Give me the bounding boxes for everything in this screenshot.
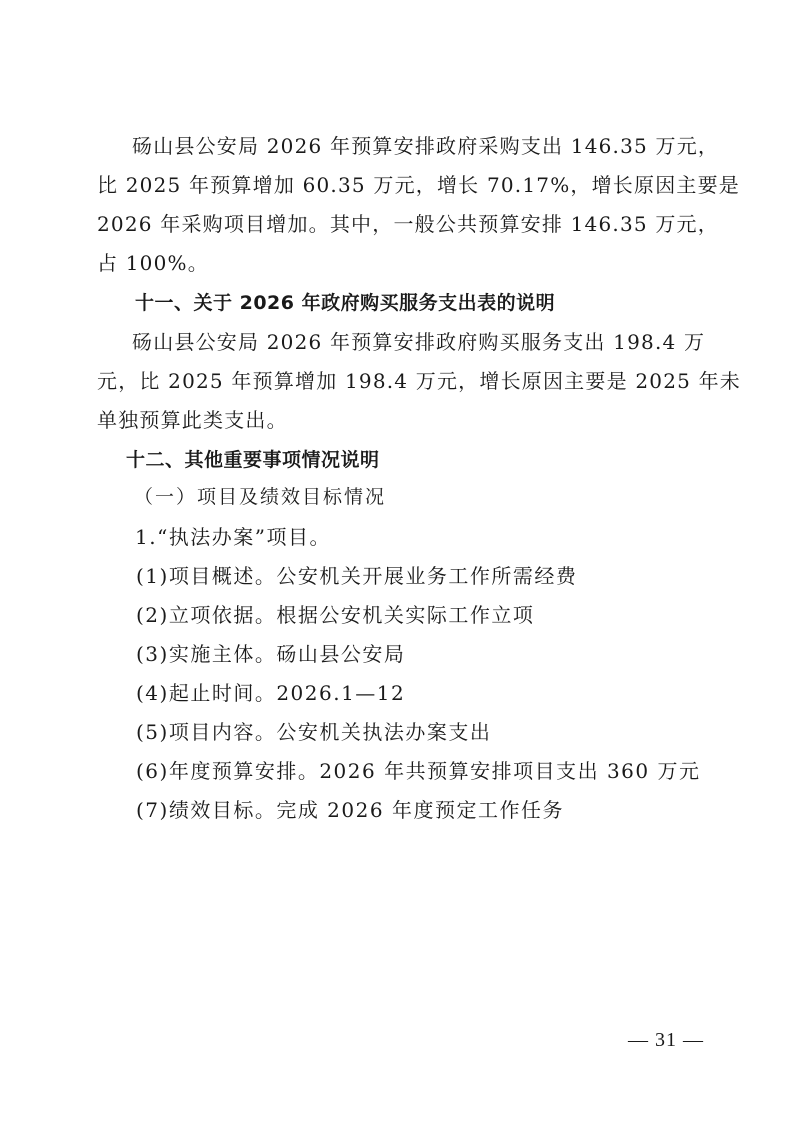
page-number: — 31 — xyxy=(628,1026,704,1054)
project-title: 1.“执法办案”项目。 xyxy=(135,523,331,551)
project-item: (5)项目内容。公安机关执法办案支出 xyxy=(136,718,491,746)
paragraph-line: 2026 年采购项目增加。其中，一般公共预算安排 146.35 万元， xyxy=(97,210,719,238)
section-heading-12: 十二、其他重要事项情况说明 xyxy=(126,446,380,474)
project-item: (1)项目概述。公安机关开展业务工作所需经费 xyxy=(136,562,577,590)
paragraph-line: 单独预算此类支出。 xyxy=(97,406,288,434)
project-item: (4)起止时间。2026.1—12 xyxy=(136,679,405,707)
project-item: (7)绩效目标。完成 2026 年度预定工作任务 xyxy=(136,796,564,824)
paragraph-line: 占 100%。 xyxy=(97,249,209,277)
project-item: (3)实施主体。砀山县公安局 xyxy=(136,640,405,668)
paragraph-line: 比 2025 年预算增加 60.35 万元，增长 70.17%，增长原因主要是 xyxy=(97,171,740,199)
paragraph-line: 砀山县公安局 2026 年预算安排政府采购支出 146.35 万元， xyxy=(132,132,719,160)
paragraph-line: 元，比 2025 年预算增加 198.4 万元，增长原因主要是 2025 年未 xyxy=(97,367,741,395)
paragraph-line: 砀山县公安局 2026 年预算安排政府购买服务支出 198.4 万 xyxy=(132,328,705,356)
project-item: (6)年度预算安排。2026 年共预算安排项目支出 360 万元 xyxy=(136,757,700,785)
project-item: (2)立项依据。根据公安机关实际工作立项 xyxy=(136,601,534,629)
document-page: 砀山县公安局 2026 年预算安排政府采购支出 146.35 万元， 比 202… xyxy=(0,0,793,1122)
sub-heading: （一）项目及绩效目标情况 xyxy=(134,483,386,511)
section-heading-11: 十一、关于 2026 年政府购买服务支出表的说明 xyxy=(135,289,555,317)
